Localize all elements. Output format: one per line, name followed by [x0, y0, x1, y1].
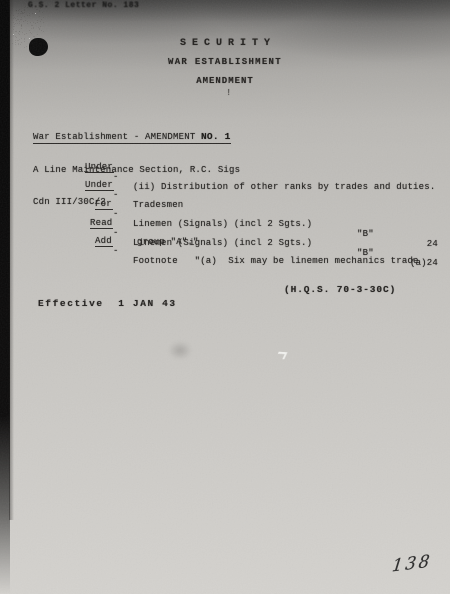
dark-speckle [39, 46, 40, 47]
dark-speckle [43, 21, 44, 22]
dark-speckle [16, 31, 17, 32]
subject-title-text: War Establishment - AMENDMENT [33, 132, 201, 142]
dark-speckle [19, 23, 20, 24]
dark-speckle [27, 23, 28, 24]
dark-speckle [32, 13, 33, 14]
amendment-entry: For - Linemen (Signals) (incl 2 Sgts.) "… [85, 189, 445, 201]
dark-speckle [39, 15, 40, 16]
dark-speckle [42, 17, 43, 18]
war-establishment-heading: WAR ESTABLISHMENT [0, 57, 450, 67]
dark-speckle [36, 22, 37, 23]
dark-speckle [33, 28, 34, 29]
dark-speckle [14, 25, 15, 26]
dark-speckle [14, 17, 15, 18]
dark-speckle [21, 16, 22, 17]
dark-speckle [43, 31, 44, 32]
dark-speckle [31, 28, 32, 29]
dark-speckle [26, 46, 27, 47]
dark-speckle [15, 36, 16, 37]
entry-text: Footnote "(a) Six may be linemen mechani… [133, 256, 419, 266]
dark-speckle [19, 31, 20, 32]
file-reference: (H.Q.S. 70-3-30C) [284, 284, 396, 295]
dark-speckle [16, 20, 17, 21]
amendment-entry: Add - Footnote "(a) Six may be linemen m… [85, 226, 445, 250]
dark-speckle [17, 18, 18, 19]
dark-speckle [25, 20, 26, 21]
subject-title: War Establishment - AMENDMENT NO. 1 [33, 132, 240, 144]
entry-separator: - [113, 246, 119, 256]
dark-speckle [40, 21, 41, 22]
scan-smudge [168, 341, 192, 360]
dark-speckle [24, 10, 25, 11]
film-grain-overlay [0, 0, 450, 594]
entry-text-continued: group "A"." [137, 237, 199, 247]
dark-speckle [30, 46, 31, 47]
dark-speckle [34, 22, 35, 23]
dark-speckle [40, 25, 41, 26]
dark-speckle [20, 44, 21, 45]
stray-typed-mark: ! [226, 88, 232, 98]
dark-speckle [23, 21, 24, 22]
dark-speckle [32, 25, 33, 26]
dark-speckle [21, 24, 22, 25]
dark-speckle [39, 11, 40, 12]
dark-speckle [17, 16, 18, 17]
dark-speckle [19, 9, 20, 10]
white-speckle [29, 37, 30, 38]
white-speckle [35, 12, 36, 13]
dark-speckle [21, 42, 22, 43]
entry-label: Add [95, 236, 113, 247]
amendment-entry: Read - Linemen (Signals) (incl 2 Sgts.) … [85, 208, 445, 220]
dark-speckle [19, 34, 20, 35]
dark-speckle [41, 18, 42, 19]
dark-speckle [29, 15, 30, 16]
dark-speckle [13, 35, 14, 36]
dark-speckle [37, 9, 38, 10]
dark-speckle [30, 6, 31, 7]
dark-speckle [21, 11, 22, 12]
dark-speckle [21, 28, 22, 29]
dark-speckle [42, 12, 43, 13]
dark-speckle [18, 32, 19, 33]
dark-speckle [27, 21, 28, 22]
dark-speckle [24, 40, 25, 41]
dark-speckle [24, 7, 25, 8]
dark-speckle [31, 33, 32, 34]
effective-date: Effective 1 JAN 43 [38, 298, 177, 309]
handwritten-page-number: 138 [391, 551, 433, 576]
dark-speckle [17, 13, 18, 14]
dark-speckle [30, 22, 31, 23]
dark-speckle [34, 44, 35, 45]
dark-speckle [24, 16, 25, 17]
dark-speckle [39, 10, 40, 11]
amendment-entry: Under - (ii) Distribution of other ranks… [85, 152, 445, 164]
dark-speckle [15, 44, 16, 45]
dark-speckle [22, 32, 23, 33]
dark-speckle [24, 12, 25, 13]
dark-speckle [27, 14, 28, 15]
security-heading: SECURITY [0, 38, 450, 49]
dark-speckle [29, 13, 30, 14]
dark-speckle [34, 35, 35, 36]
dark-speckle [39, 28, 40, 29]
white-scratch-mark [275, 352, 287, 360]
dark-speckle [40, 38, 41, 39]
amendment-heading: AMENDMENT [0, 76, 450, 86]
dark-speckle [24, 47, 25, 48]
dark-speckle [24, 34, 25, 35]
dark-speckle [37, 34, 38, 35]
scanned-document-page: G.S. 2 Letter No. 183 SECURITY WAR ESTAB… [0, 0, 450, 594]
scan-shading [0, 0, 450, 594]
amendment-entry: Under - Tradesmen [85, 170, 445, 182]
top-left-stamp: G.S. 2 Letter No. 183 [28, 1, 139, 10]
dark-speckle [37, 20, 38, 21]
amendment-number-stamp: NO. 1 [201, 131, 231, 142]
dark-speckle [41, 43, 42, 44]
dark-speckle [25, 33, 26, 34]
dark-speckle [41, 30, 42, 31]
dark-speckle [16, 23, 17, 24]
dark-speckle [24, 39, 25, 40]
dark-speckle [28, 30, 29, 31]
